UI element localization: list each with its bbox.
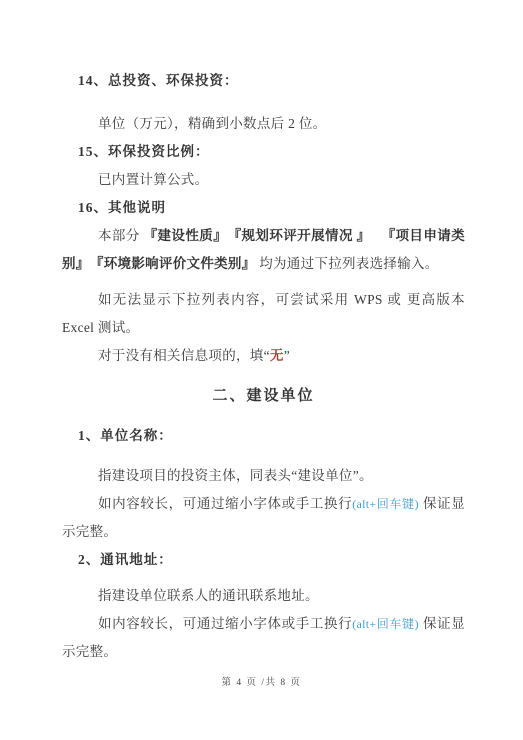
item-16-compat-note: 如无法显示下拉列表内容，可尝试采用 WPS 或 更高版本 Excel 测试。 [62,286,465,342]
section2-item-1-wrap-note: 如内容较长，可通过缩小字体或手工换行(alt+回车键) 保证显示完整。 [62,490,465,546]
wrap-note-shortcut-alt-enter: (alt+回车键) [352,497,419,511]
section2-item-2-body: 指建设单位联系人的通讯联系地址。 [62,582,465,610]
dropdown-field-planning-eia-status: 『规划环评开展情况 』 [234,228,364,243]
item-16-heading: 16、其他说明 [62,194,465,222]
item-16-empty-note: 对于没有相关信息项的，填“无” [62,342,465,370]
empty-note-lead: 对于没有相关信息项的，填“ [98,348,270,363]
section2-item-2-heading: 2、通讯地址： [62,546,465,574]
wrap-note-lead: 如内容较长，可通过缩小字体或手工换行 [98,496,352,511]
empty-note-tail: ” [284,348,290,363]
page-number-footer: 第 4 页 /共 8 页 [0,674,523,688]
document-page: 14、总投资、环保投资： 单位（万元），精确到小数点后 2 位。 15、环保投资… [0,0,523,740]
dropdown-note-gap2 [364,228,382,243]
dropdown-note-lead: 本部分 [98,228,144,243]
section-2-title: 二、建设单位 [62,382,465,410]
empty-note-highlight-none: 无 [270,348,284,363]
dropdown-note-tail: 均为通过下拉列表选择输入。 [256,256,439,271]
dropdown-note-gap1 [220,228,234,243]
item-15-heading: 15、环保投资比例： [62,138,465,166]
section2-item-1-heading: 1、单位名称： [62,422,465,450]
section2-item-2-wrap-note: 如内容较长，可通过缩小字体或手工换行(alt+回车键) 保证显示完整。 [62,610,465,666]
dropdown-note-gap3 [83,256,97,271]
item-15-body: 已内置计算公式。 [62,166,465,194]
section2-item-1-body: 指建设项目的投资主体，同表头“建设单位”。 [62,462,465,490]
wrap-note-lead: 如内容较长，可通过缩小字体或手工换行 [98,616,352,631]
item-14-heading: 14、总投资、环保投资： [62,67,465,95]
wrap-note-shortcut-alt-enter: (alt+回车键) [352,617,419,631]
item-14-body: 单位（万元），精确到小数点后 2 位。 [62,110,465,138]
dropdown-field-eia-document-type: 『环境影响评价文件类别』 [97,256,256,271]
dropdown-field-construction-nature: 『建设性质』 [144,228,221,243]
item-16-dropdown-note: 本部分 『建设性质』 『规划环评开展情况 』 『项目申请类别』 『环境影响评价文… [62,222,465,278]
document-content: 14、总投资、环保投资： 单位（万元），精确到小数点后 2 位。 15、环保投资… [0,0,523,666]
